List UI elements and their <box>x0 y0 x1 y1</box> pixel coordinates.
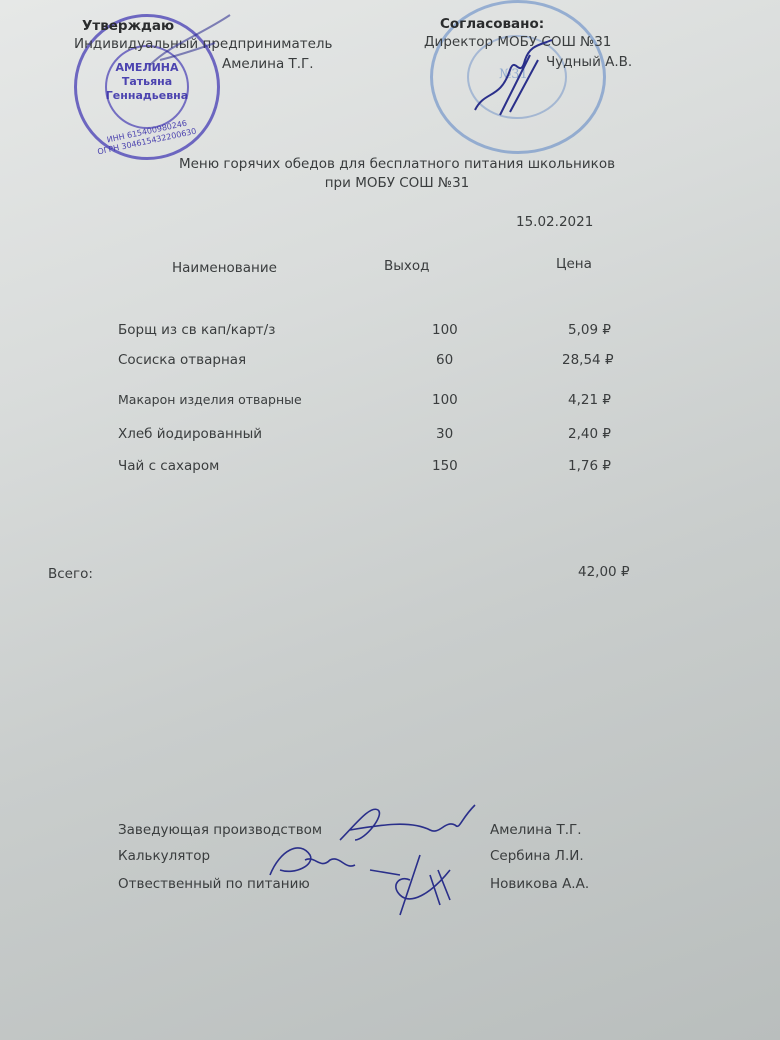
signatory-name-1: Амелина Т.Г. <box>490 822 582 838</box>
total-label: Всего: <box>48 566 93 582</box>
document-title-line1: Меню горячих обедов для бесплатного пита… <box>0 156 780 172</box>
signature-top-left <box>140 5 260 75</box>
item-yield: 100 <box>432 392 458 408</box>
item-price: 28,54 ₽ <box>562 352 614 368</box>
item-price: 1,76 ₽ <box>568 458 611 474</box>
stamp-left-line3: Геннадьевна <box>77 89 217 103</box>
document-title-line2: при МОБУ СОШ №31 <box>0 175 780 191</box>
item-name: Чай с сахаром <box>118 458 219 474</box>
item-price: 5,09 ₽ <box>568 322 611 338</box>
header-name: Наименование <box>172 260 277 276</box>
item-name: Макарон изделия отварные <box>118 392 302 407</box>
signatory-name-2: Сербина Л.И. <box>490 848 584 864</box>
stamp-left-line2: Татьяна <box>77 75 217 89</box>
item-price: 4,21 ₽ <box>568 392 611 408</box>
approval-right-heading: Согласовано: <box>440 16 544 32</box>
signature-top-right <box>470 40 560 120</box>
item-name: Борщ из св кап/карт/з <box>118 322 275 338</box>
header-price: Цена <box>556 256 592 272</box>
item-name: Хлеб йодированный <box>118 426 262 442</box>
item-yield: 100 <box>432 322 458 338</box>
item-yield: 30 <box>436 426 453 442</box>
signature-bottom <box>260 800 490 930</box>
header-yield: Выход <box>384 258 430 274</box>
item-yield: 150 <box>432 458 458 474</box>
signatory-role-2: Калькулятор <box>118 848 210 864</box>
document-date: 15.02.2021 <box>516 214 593 230</box>
item-yield: 60 <box>436 352 453 368</box>
signatory-name-3: Новикова А.А. <box>490 876 589 892</box>
item-name: Сосиска отварная <box>118 352 246 368</box>
total-value: 42,00 ₽ <box>578 564 630 580</box>
item-price: 2,40 ₽ <box>568 426 611 442</box>
